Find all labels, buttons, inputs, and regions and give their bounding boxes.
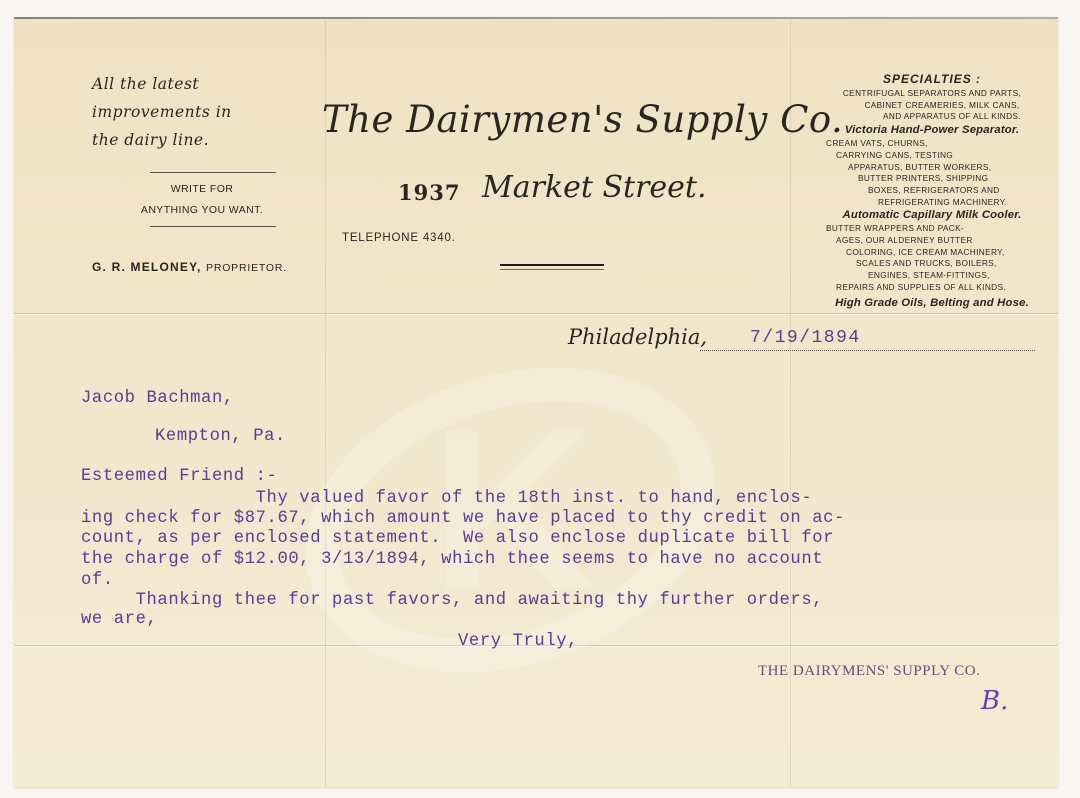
proprietor-name: G. R. MELONEY, (92, 260, 201, 274)
address-number: 1937 (398, 180, 460, 205)
specialty-highlight: High Grade Oils, Belting and Hose. (814, 296, 1050, 311)
fold-line-upper (14, 313, 1058, 314)
write-for-text: ANYTHING YOU WANT. (82, 204, 322, 216)
specialty-item: APPARATUS, BUTTER WORKERS, (814, 162, 1050, 174)
company-stamp-signature: THE DAIRYMENS' SUPPLY CO. (758, 663, 980, 680)
body-line: ing check for $87.67, which amount we ha… (81, 509, 845, 528)
letterhead-left-column: All the latest improvements in the dairy… (92, 70, 322, 227)
specialty-item: COLORING, ICE CREAM MACHINERY, (814, 247, 1050, 259)
salutation: Esteemed Friend :- (81, 467, 277, 486)
specialties-list: SPECIALTIES : CENTRIFUGAL SEPARATORS AND… (814, 72, 1050, 311)
specialty-item: CREAM VATS, CHURNS, (814, 138, 1050, 150)
body-line: the charge of $12.00, 3/13/1894, which t… (81, 550, 823, 569)
specialty-item: SCALES AND TRUCKS, BOILERS, (814, 258, 1050, 270)
body-line: Thy valued favor of the 18th inst. to ha… (81, 489, 812, 508)
specialty-item: BOXES, REFRIGERATORS AND (814, 185, 1050, 197)
specialties-title: SPECIALTIES : (814, 72, 1050, 86)
telephone: TELEPHONE 4340. (342, 232, 456, 244)
specialty-item: BUTTER WRAPPERS AND PACK- (814, 223, 1050, 235)
slogan-line: improvements in (92, 98, 322, 126)
date-dotted-line (700, 350, 1035, 351)
specialty-item: ENGINES, STEAM-FITTINGS, (814, 270, 1050, 282)
slogan-line: the dairy line. (92, 126, 322, 154)
company-name: The Dairymen's Supply Co. (322, 98, 843, 141)
specialty-item: CABINET CREAMERIES, MILK CANS, (814, 100, 1050, 112)
write-for-text: WRITE FOR (82, 183, 322, 195)
double-rule (500, 264, 604, 270)
body-line: Thanking thee for past favors, and await… (81, 591, 823, 610)
specialty-item: REFRIGERATING MACHINERY. (814, 197, 1050, 209)
handwritten-initial: B. (981, 686, 1008, 716)
letter-date: 7/19/1894 (750, 328, 861, 348)
body-line: count, as per enclosed statement. We als… (81, 529, 834, 548)
recipient-location: Kempton, Pa. (155, 427, 286, 446)
specialty-highlight: Automatic Capillary Milk Cooler. (814, 208, 1050, 223)
specialty-highlight: Victoria Hand-Power Separator. (814, 123, 1050, 138)
body-line: we are, (81, 610, 157, 629)
specialty-item: AND APPARATUS OF ALL KINDS. (814, 111, 1050, 123)
divider (150, 172, 276, 173)
specialty-item: AGES, OUR ALDERNEY BUTTER (814, 235, 1050, 247)
specialty-item: CARRYING CANS, TESTING (814, 150, 1050, 162)
body-line: of. (81, 571, 114, 590)
proprietor: G. R. MELONEY, PROPRIETOR. (92, 260, 287, 274)
proprietor-title: PROPRIETOR. (206, 262, 287, 274)
recipient-name: Jacob Bachman, (81, 389, 234, 408)
specialty-item: REPAIRS AND SUPPLIES OF ALL KINDS. (814, 282, 1050, 294)
divider (150, 226, 276, 227)
slogan-line: All the latest (92, 70, 322, 98)
place-name: Philadelphia, (568, 325, 707, 349)
closing: Very Truly, (458, 632, 578, 651)
address-street: Market Street. (482, 170, 707, 205)
specialty-item: CENTRIFUGAL SEPARATORS AND PARTS, (814, 88, 1050, 100)
slogan: All the latest improvements in the dairy… (92, 70, 322, 154)
specialty-item: BUTTER PRINTERS, SHIPPING (814, 173, 1050, 185)
